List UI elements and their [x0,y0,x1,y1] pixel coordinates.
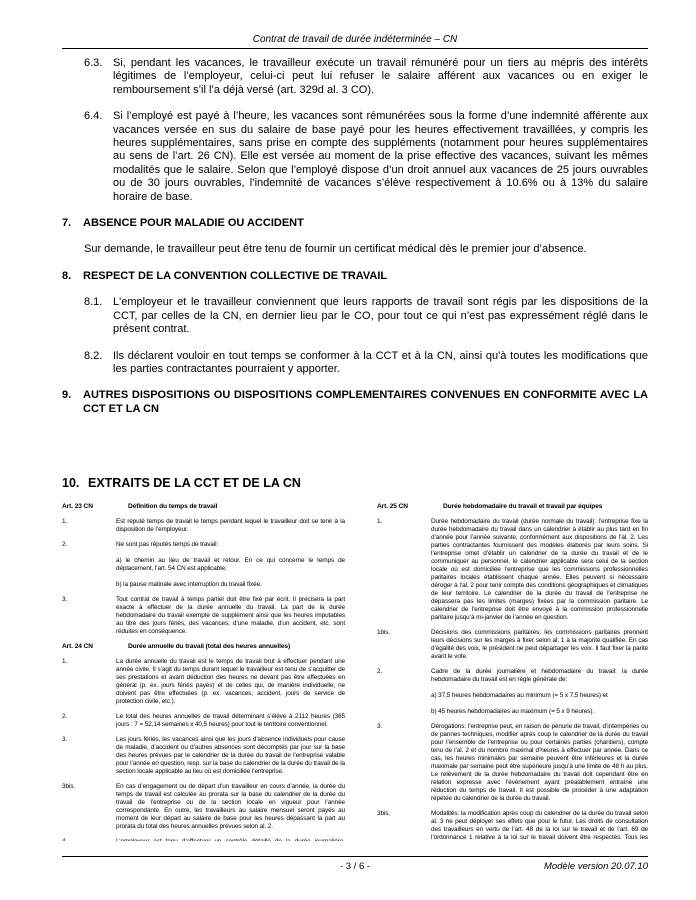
item-number: 3bis. [62,783,116,831]
clause-8-2: 8.2. Ils déclarent vouloir en tout temps… [62,350,648,377]
item-text: Tout contrat de travail à temps partiel … [116,596,345,636]
clause-text: L'employeur et le travailleur conviennen… [113,296,648,336]
article-23-item-2: 2. Ne sont pas réputés temps de travail:… [62,541,345,589]
item-number: 1. [377,518,431,622]
item-text: Le total des heures annuelles de travail… [116,713,345,729]
section-title: ABSENCE POUR MALADIE OU ACCIDENT [83,217,648,230]
section-number: 9. [62,389,83,416]
article-title: Définition du temps de travail [128,503,345,511]
article-24-item-3bis: 3bis. En cas d’engagement ou de départ d… [62,783,345,831]
section-8-heading: 8. RESPECT DE LA CONVENTION COLLECTIVE D… [62,270,648,283]
section-9-heading: 9. AUTRES DISPOSITIONS OU DISPOSITIONS C… [62,389,648,416]
item-number: 3. [62,596,116,636]
section-title: EXTRAITS DE LA CCT ET DE LA CN [88,477,648,490]
article-25-item-3bis: 3bis. Modalités: la modification après c… [377,810,648,841]
clause-text: Ils déclarent vouloir en tout temps se c… [113,350,648,377]
clause-text: Si, pendant les vacances, le travailleur… [113,57,648,97]
main-content: 6.3. Si, pendant les vacances, le travai… [62,57,648,841]
article-title: Durée hebdomadaire du travail et travail… [443,503,648,511]
section-number: 7. [62,217,83,230]
blank-area [62,429,648,477]
item-number: 3. [377,723,431,803]
article-24-item-1: 1. La durée annuelle du travail est le t… [62,658,345,706]
item-number: 3. [62,736,116,776]
article-title: Durée annuelle du travail (total des heu… [128,643,345,651]
item-text: En cas d’engagement ou de départ d’un tr… [116,783,345,831]
article-25-item-2: 2. Cadre de la durée journalière et hebd… [377,668,648,716]
article-24-header: Art. 24 CN Durée annuelle du travail (to… [62,643,345,651]
article-25-header: Art. 25 CN Durée hebdomadaire du travail… [377,503,648,511]
clause-number: 8.1. [84,296,113,336]
item-number: 4. [62,838,116,841]
cct-extracts: Art. 23 CN Définition du temps de travai… [62,503,648,841]
article-25-item-1bis: 1bis. Décisions des commissions paritair… [377,629,648,661]
item-number: 2. [377,668,431,716]
item-text: Modalités: la modification après coup du… [431,810,648,841]
section-10-heading: 10. EXTRAITS DE LA CCT ET DE LA CN [62,477,648,490]
article-24-item-2: 2. Le total des heures annuelles de trav… [62,713,345,729]
document-title: Contrat de travail de durée indéterminée… [253,34,458,45]
section-7-heading: 7. ABSENCE POUR MALADIE OU ACCIDENT [62,217,648,230]
item-text: Décisions des commissions paritaires: le… [431,629,648,661]
item-text: Durée hebdomadaire du travail (durée nor… [431,518,648,622]
article-ref: Art. 25 CN [377,503,443,511]
clause-number: 6.3. [84,57,113,97]
section-title: RESPECT DE LA CONVENTION COLLECTIVE DE T… [83,270,648,283]
item-text: Est réputé temps de travail le temps pen… [116,518,345,534]
clause-text: Si l’employé est payé à l’heure, les vac… [113,110,648,204]
item-text: Ne sont pas réputés temps de travail: a)… [116,541,345,589]
article-25-item-3: 3. Dérogations: l’entreprise peut, en ra… [377,723,648,803]
item-text: Dérogations: l’entreprise peut, en raiso… [431,723,648,803]
item-number: 1bis. [377,629,431,661]
article-24-item-4: 4. L’employeur est tenu d’effectuer un c… [62,838,345,841]
item-text: Cadre de la durée journalière et hebdoma… [431,668,648,716]
article-23-header: Art. 23 CN Définition du temps de travai… [62,503,345,511]
article-23-item-1: 1. Est réputé temps de travail le temps … [62,518,345,534]
item-number: 2. [62,713,116,729]
article-ref: Art. 23 CN [62,503,128,511]
clause-number: 8.2. [84,350,113,377]
section-title: AUTRES DISPOSITIONS OU DISPOSITIONS COMP… [83,389,648,416]
clause-6-3: 6.3. Si, pendant les vacances, le travai… [62,57,648,97]
page-number: - 3 / 6 - [62,861,648,872]
page-footer: - 3 / 6 - Modèle version 20.07.10 [62,856,648,872]
section-number: 10. [62,477,88,490]
extracts-left-column: Art. 23 CN Définition du temps de travai… [62,503,345,841]
extracts-right-column: Art. 25 CN Durée hebdomadaire du travail… [377,503,648,841]
item-number: 3bis. [377,810,431,841]
clause-6-4: 6.4. Si l’employé est payé à l’heure, le… [62,110,648,204]
document-page: Contrat de travail de durée indéterminée… [0,0,696,900]
article-25-item-1: 1. Durée hebdomadaire du travail (durée … [377,518,648,622]
item-number: 1. [62,518,116,534]
clause-8-1: 8.1. L'employeur et le travailleur convi… [62,296,648,336]
page-header: Contrat de travail de durée indéterminée… [62,34,648,49]
item-number: 2. [62,541,116,589]
article-ref: Art. 24 CN [62,643,128,651]
section-number: 8. [62,270,83,283]
item-text: La durée annuelle du travail est le temp… [116,658,345,706]
item-text: L’employeur est tenu d’effectuer un cont… [116,838,345,841]
article-24-item-3: 3. Les jours fériés, les vacances ainsi … [62,736,345,776]
section-7-body: Sur demande, le travailleur peut être te… [62,243,648,256]
article-23-item-3: 3. Tout contrat de travail à temps parti… [62,596,345,636]
item-text: Les jours fériés, les vacances ainsi que… [116,736,345,776]
clause-number: 6.4. [84,110,113,204]
item-number: 1. [62,658,116,706]
